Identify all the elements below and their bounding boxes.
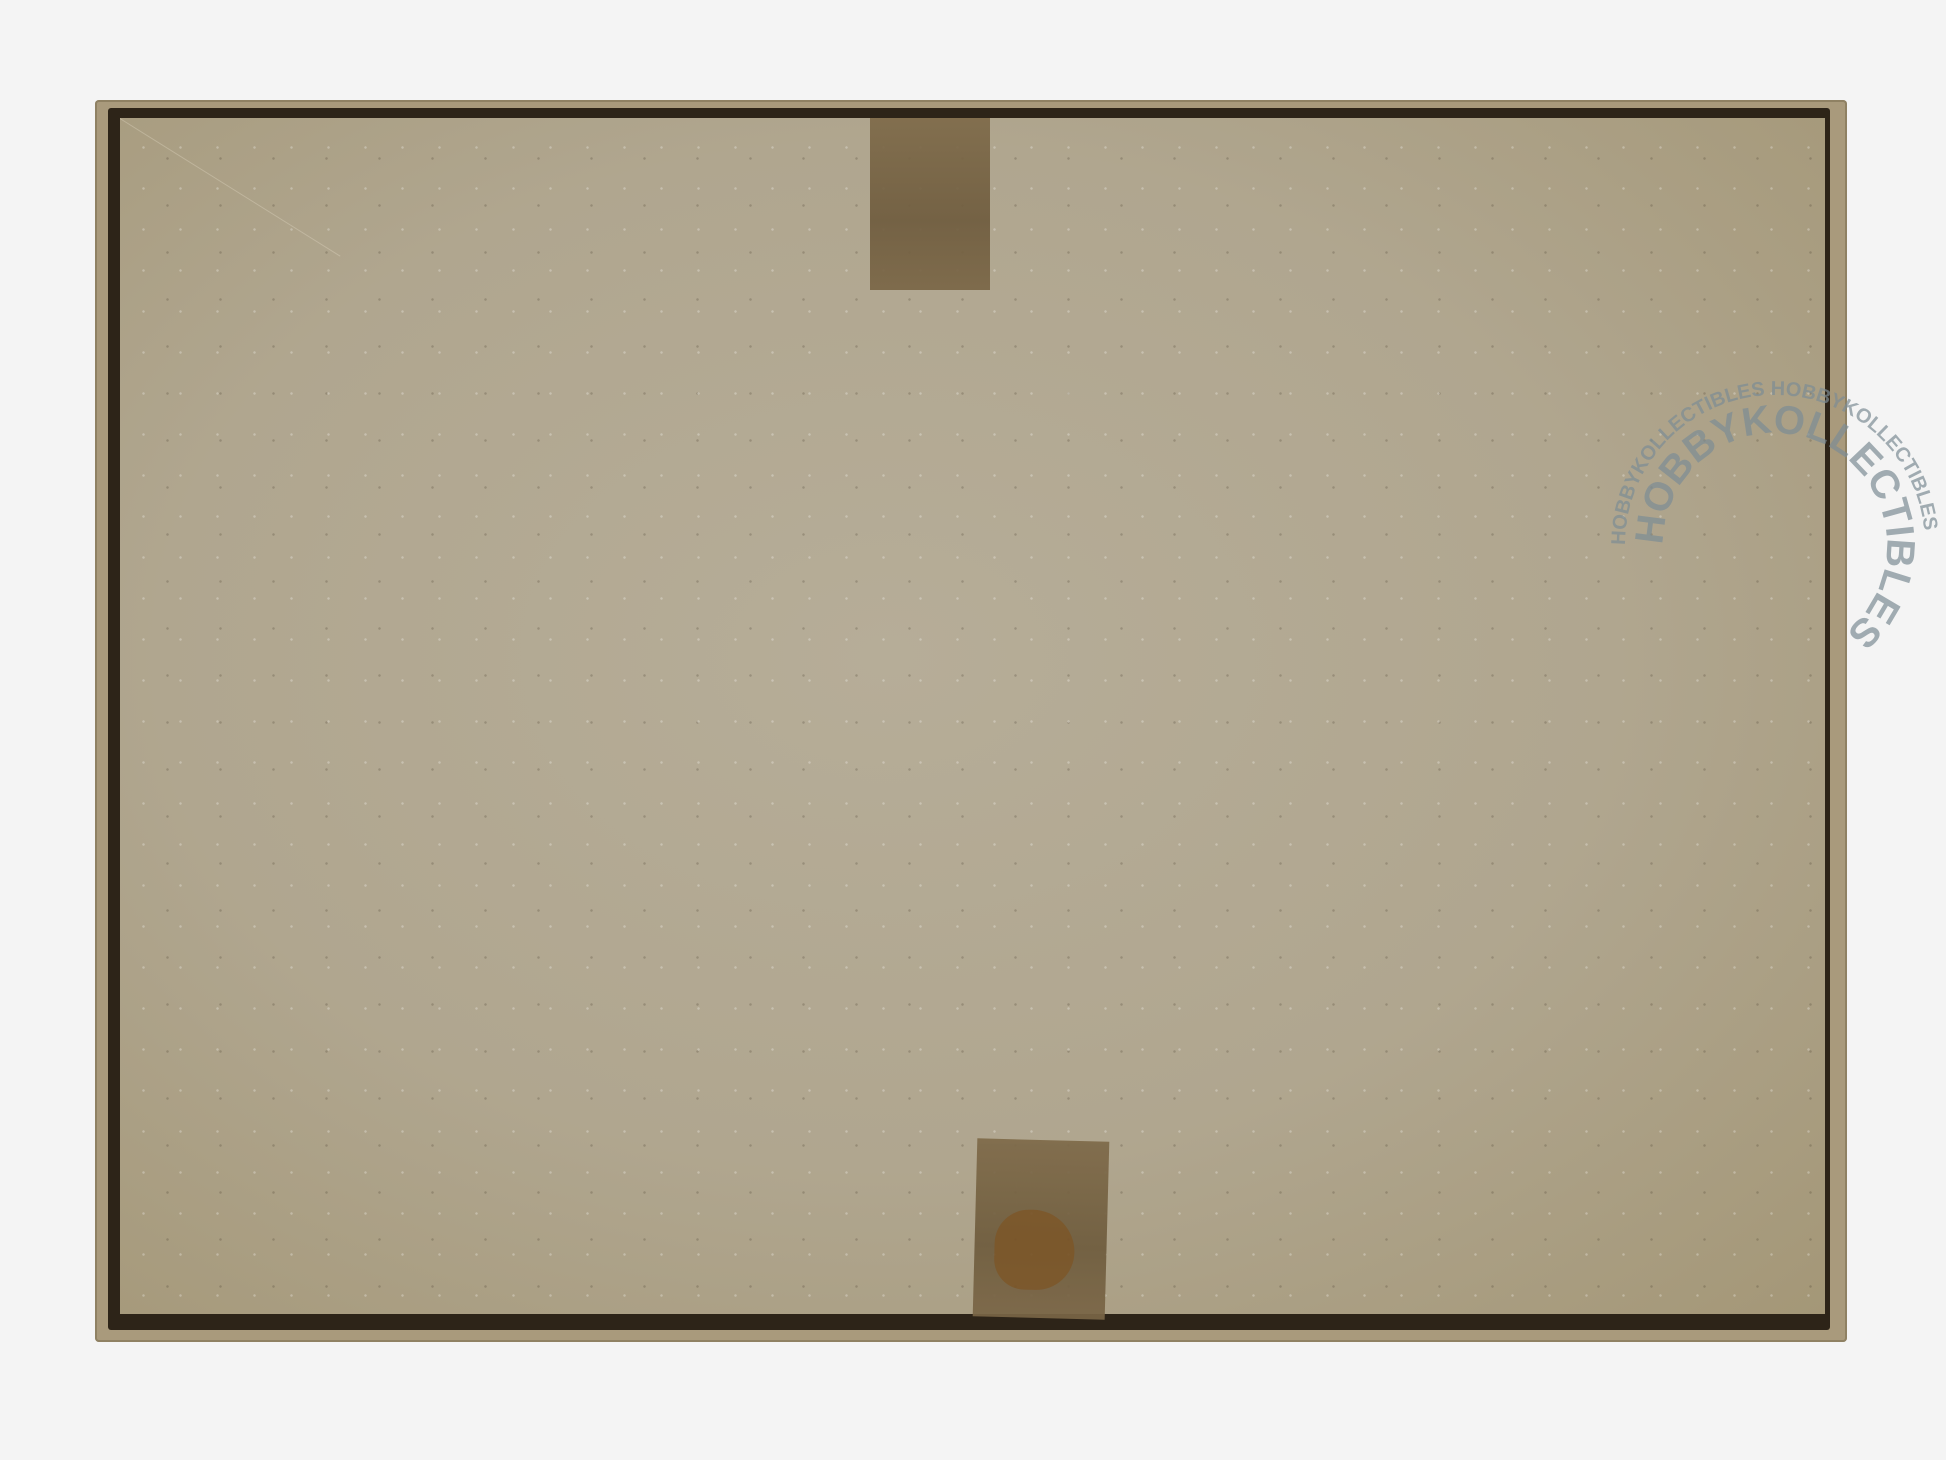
- box-bottom-panel: [120, 118, 1825, 1314]
- corner-fold-top-left: [120, 118, 340, 257]
- tape-strip-bottom: [973, 1138, 1110, 1319]
- tape-strip-top: [870, 118, 990, 290]
- tape-stain: [993, 1209, 1075, 1291]
